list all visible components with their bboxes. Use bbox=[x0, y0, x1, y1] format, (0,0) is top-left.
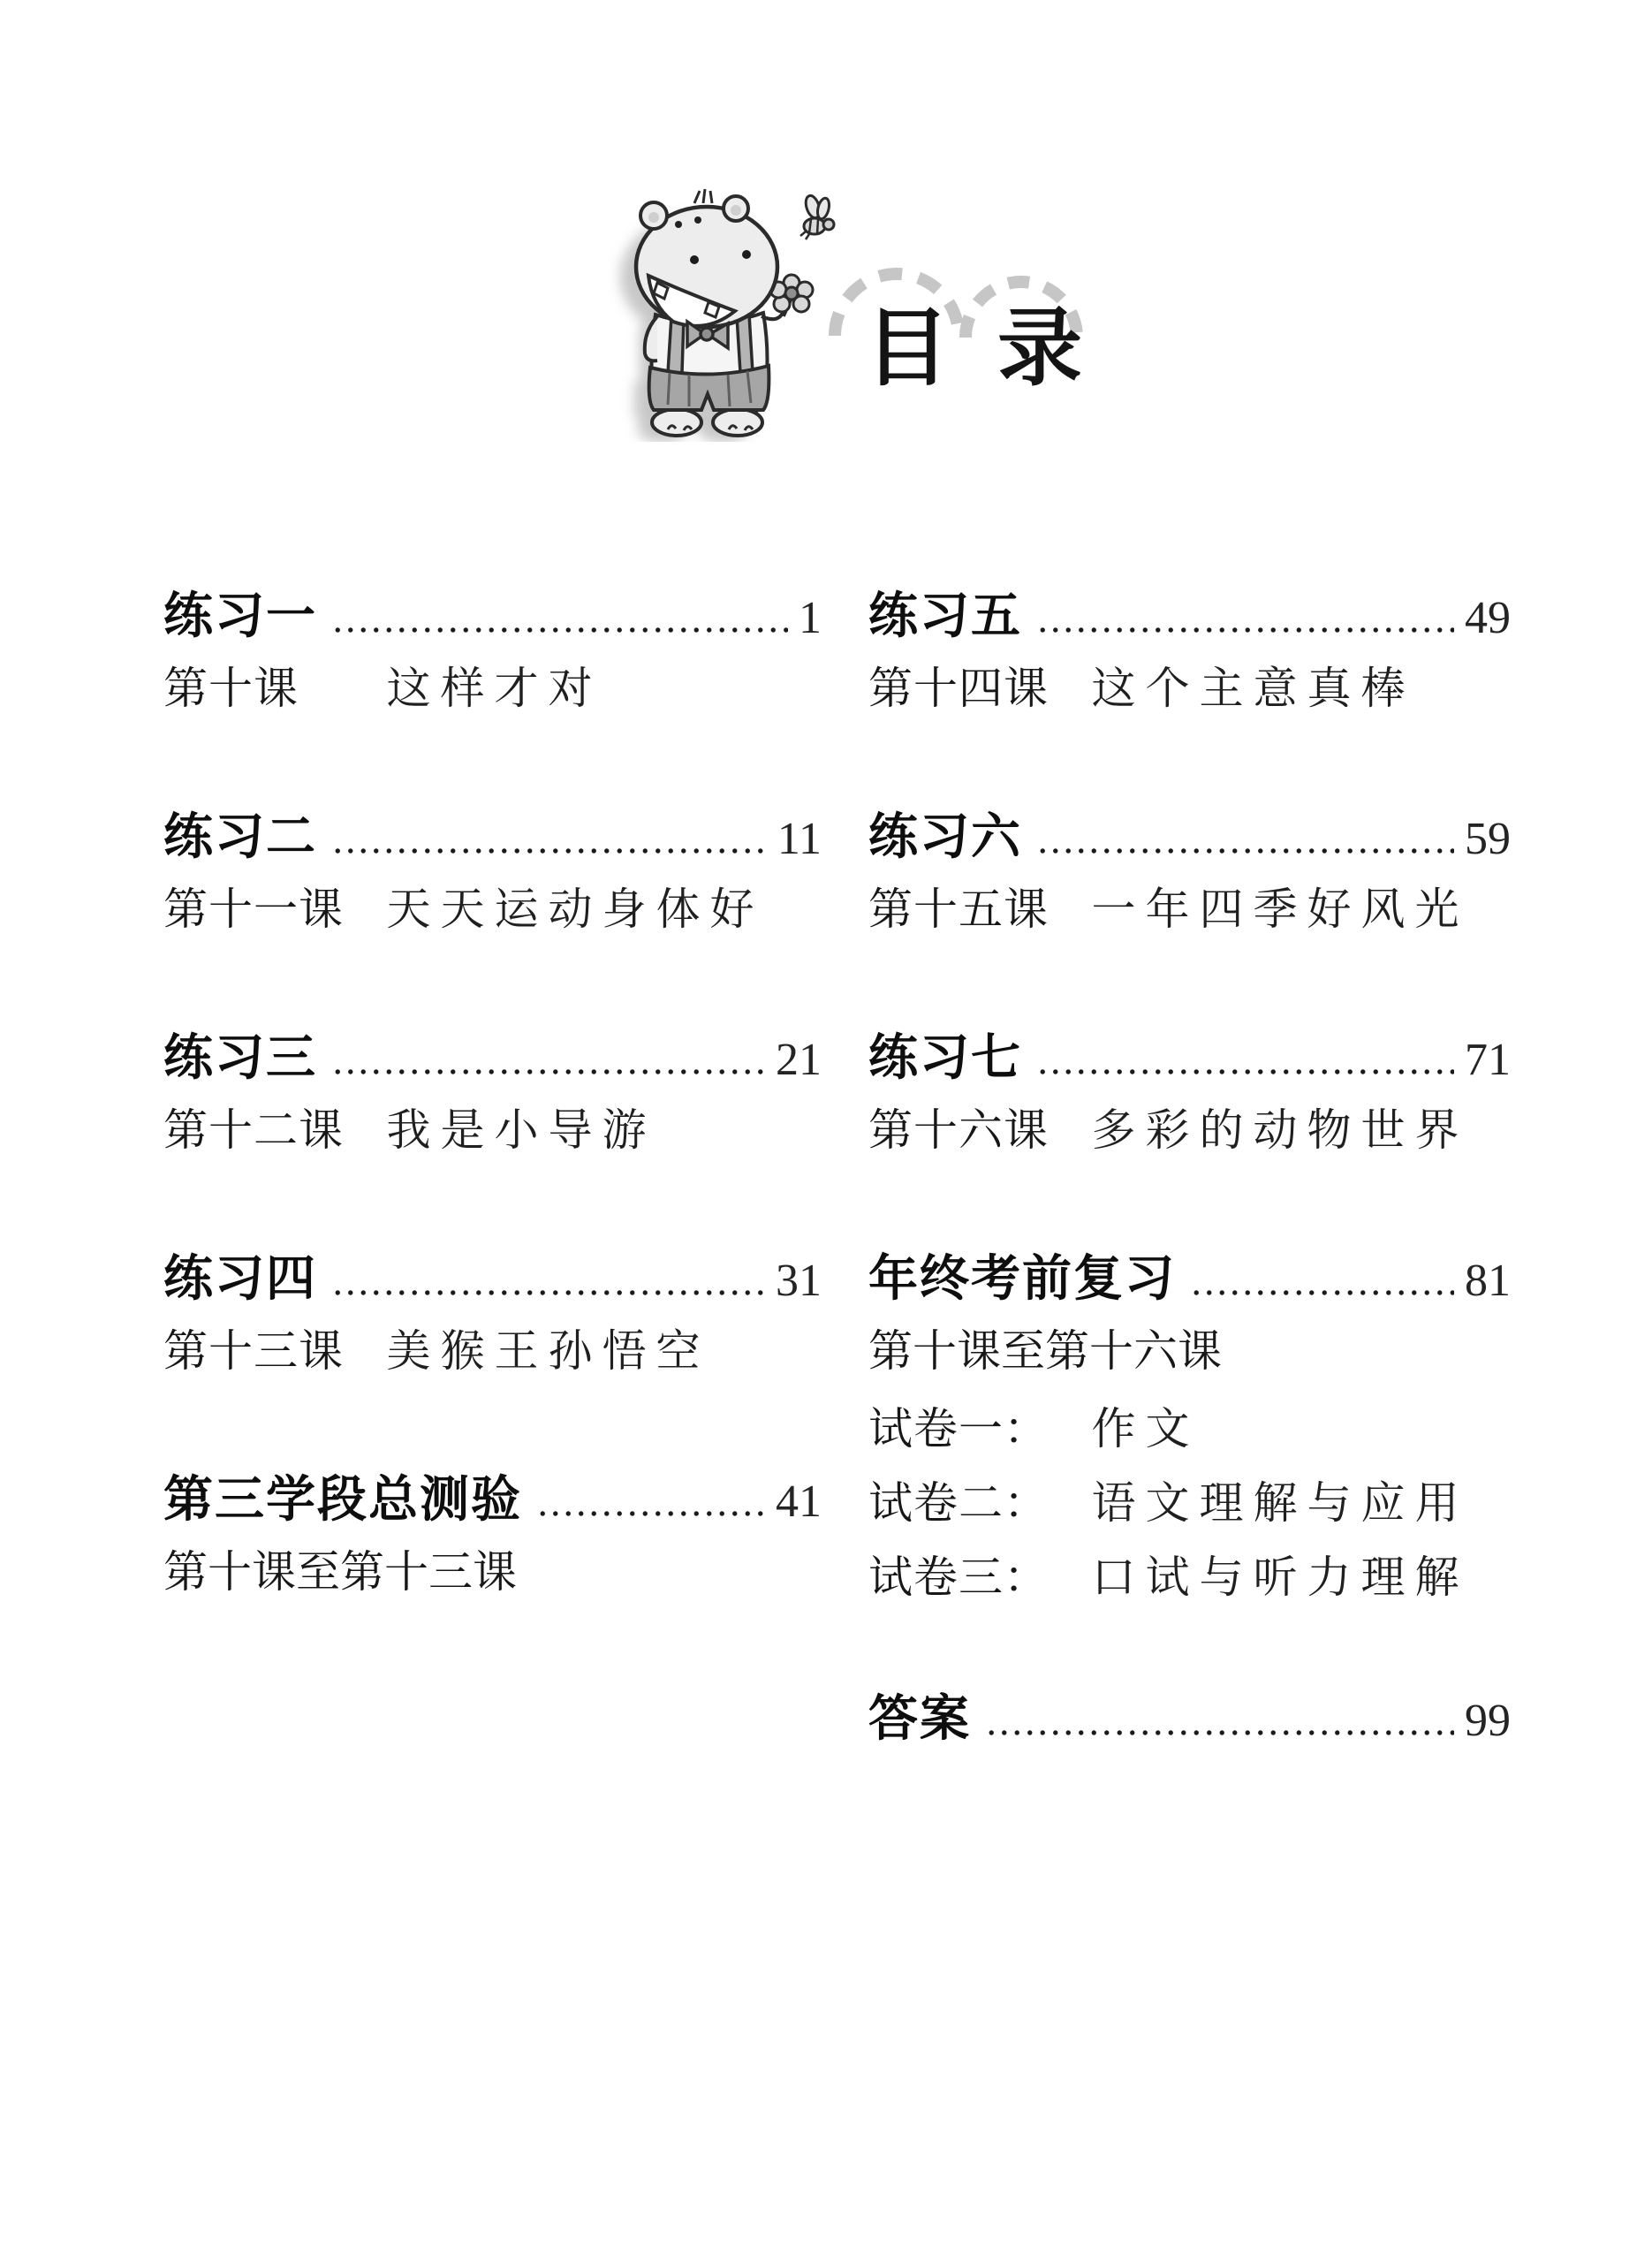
lesson-label: 第十四课 bbox=[868, 663, 1080, 714]
page-title: 目 录 bbox=[865, 306, 1082, 391]
lesson-label: 第十课 bbox=[163, 663, 375, 714]
lesson-label: 第十三课 bbox=[163, 1325, 375, 1377]
toc-entry: 练习七 71 第十六课 多彩的动物世界 bbox=[868, 1031, 1511, 1088]
dot-leader bbox=[331, 627, 788, 633]
toc-entry-lead-row: 练习一 1 bbox=[163, 589, 822, 646]
lesson-label: 第十五课 bbox=[868, 884, 1080, 935]
dot-leader bbox=[331, 848, 767, 854]
entry-page-number: 21 bbox=[776, 1033, 822, 1088]
toc-entry-lead-row: 答案 99 bbox=[868, 1692, 1511, 1749]
page-title-block: 目 录 bbox=[824, 262, 1116, 421]
entry-heading: 练习六 bbox=[868, 810, 1022, 865]
hippo-hair bbox=[694, 189, 712, 203]
entry-page-number: 11 bbox=[777, 812, 822, 867]
title-char-lu: 录 bbox=[997, 306, 1082, 391]
hippo-nostril-right bbox=[694, 216, 701, 224]
lesson-row: 第十五课 一年四季好风光 bbox=[868, 884, 1469, 935]
entry-heading: 练习五 bbox=[868, 589, 1022, 644]
lesson-range-row: 第十课至第十六课 bbox=[868, 1325, 1222, 1377]
entry-page-number: 99 bbox=[1465, 1694, 1511, 1749]
toc-entry-lead-row: 练习五 49 bbox=[868, 589, 1511, 646]
lesson-label: 第十二课 bbox=[163, 1104, 375, 1156]
paper-label: 试卷三： bbox=[868, 1552, 1080, 1603]
hippo-nostril-left bbox=[675, 221, 682, 228]
hippo-eye-right bbox=[742, 250, 751, 259]
paper-title: 语文理解与应用 bbox=[1092, 1478, 1469, 1528]
toc-entry-lead-row: 练习二 11 bbox=[163, 810, 822, 867]
lesson-title: 一年四季好风光 bbox=[1092, 884, 1469, 934]
toc-column-left: 练习一 1 第十课 这样才对 练习二 11 第十一课 天天运动身体好 练习三 bbox=[163, 589, 822, 1915]
dot-leader bbox=[1036, 1069, 1454, 1074]
lesson-row: 第十一课 天天运动身体好 bbox=[163, 884, 764, 935]
paper-row: 试卷三： 口试与听力理解 bbox=[868, 1552, 1469, 1603]
lesson-title: 这样才对 bbox=[387, 664, 602, 713]
lesson-row: 第十二课 我是小导游 bbox=[163, 1104, 656, 1156]
entry-page-number: 1 bbox=[799, 591, 822, 646]
toc-entry: 练习一 1 第十课 这样才对 bbox=[163, 589, 822, 646]
toc-entry-lead-row: 年终考前复习 81 bbox=[868, 1252, 1511, 1309]
toc-page: 目 录 练习一 1 第十课 这样才对 练习二 11 第十一课 bbox=[0, 0, 1652, 2262]
hippo-mascot-svg bbox=[602, 184, 843, 442]
entry-page-number: 59 bbox=[1465, 812, 1511, 867]
toc-entry: 练习三 21 第十二课 我是小导游 bbox=[163, 1031, 822, 1088]
entry-page-number: 71 bbox=[1465, 1033, 1511, 1088]
entry-page-number: 81 bbox=[1465, 1254, 1511, 1309]
toc-entry-lead-row: 练习六 59 bbox=[868, 810, 1511, 867]
dot-leader bbox=[536, 1511, 765, 1516]
entry-heading: 练习二 bbox=[163, 810, 317, 865]
paper-label: 试卷二： bbox=[868, 1477, 1080, 1529]
toc-entry: 练习五 49 第十四课 这个主意真棒 bbox=[868, 589, 1511, 646]
paper-row: 试卷一： 作文 bbox=[868, 1403, 1200, 1454]
lesson-row: 第十三课 美猴王孙悟空 bbox=[163, 1325, 710, 1377]
dot-leader bbox=[1036, 848, 1454, 854]
toc-entry-lead-row: 练习四 31 bbox=[163, 1252, 822, 1309]
toc-entry: 第三学段总测验 41 第十课至第十三课 bbox=[163, 1473, 822, 1530]
entry-heading: 练习三 bbox=[163, 1031, 317, 1086]
hippo-illustration bbox=[602, 184, 843, 442]
paper-row: 试卷二： 语文理解与应用 bbox=[868, 1477, 1469, 1529]
dot-leader bbox=[331, 1069, 765, 1074]
entry-heading: 练习七 bbox=[868, 1031, 1022, 1086]
entry-page-number: 41 bbox=[776, 1475, 822, 1530]
lesson-label: 第十一课 bbox=[163, 884, 375, 935]
hippo-eye-left bbox=[690, 255, 699, 264]
lesson-range: 第十课至第十三课 bbox=[163, 1547, 517, 1597]
entry-page-number: 31 bbox=[776, 1254, 822, 1309]
entry-heading: 第三学段总测验 bbox=[163, 1473, 522, 1528]
lesson-row: 第十六课 多彩的动物世界 bbox=[868, 1104, 1469, 1156]
toc-entry-answers: 答案 99 bbox=[868, 1692, 1511, 1749]
lesson-title: 多彩的动物世界 bbox=[1092, 1105, 1469, 1155]
lesson-row: 第十课至第十三课 bbox=[163, 1546, 517, 1598]
toc-entry: 练习二 11 第十一课 天天运动身体好 bbox=[163, 810, 822, 867]
lesson-title: 这个主意真棒 bbox=[1092, 664, 1415, 713]
paper-title: 口试与听力理解 bbox=[1092, 1552, 1469, 1602]
toc-entry-year-end-review: 年终考前复习 81 第十课至第十六课 试卷一： 作文 试卷二： 语文理解与应用 … bbox=[868, 1252, 1511, 1309]
entry-heading: 练习四 bbox=[163, 1252, 317, 1307]
entry-heading: 年终考前复习 bbox=[868, 1252, 1176, 1307]
entry-heading: 练习一 bbox=[163, 589, 317, 644]
lesson-title: 美猴王孙悟空 bbox=[387, 1326, 710, 1376]
dot-leader bbox=[1190, 1290, 1454, 1295]
toc-entry-lead-row: 第三学段总测验 41 bbox=[163, 1473, 822, 1530]
dot-leader bbox=[985, 1730, 1454, 1735]
lesson-row: 第十四课 这个主意真棒 bbox=[868, 663, 1415, 714]
entry-page-number: 49 bbox=[1465, 591, 1511, 646]
toc-entry-lead-row: 练习三 21 bbox=[163, 1031, 822, 1088]
toc-entry: 练习六 59 第十五课 一年四季好风光 bbox=[868, 810, 1511, 867]
dot-leader bbox=[1036, 627, 1454, 633]
toc-entry: 练习四 31 第十三课 美猴王孙悟空 bbox=[163, 1252, 822, 1309]
entry-heading: 答案 bbox=[868, 1692, 971, 1747]
lesson-range: 第十课至第十六课 bbox=[868, 1326, 1222, 1376]
lesson-title: 天天运动身体好 bbox=[387, 884, 764, 934]
paper-label: 试卷一： bbox=[868, 1403, 1080, 1454]
lesson-row: 第十课 这样才对 bbox=[163, 663, 602, 714]
paper-title: 作文 bbox=[1092, 1404, 1200, 1454]
title-char-mu: 目 bbox=[865, 306, 950, 391]
toc-entry-lead-row: 练习七 71 bbox=[868, 1031, 1511, 1088]
toc-column-right: 练习五 49 第十四课 这个主意真棒 练习六 59 第十五课 一年四季好风光 练 bbox=[868, 589, 1511, 2091]
dot-leader bbox=[331, 1290, 765, 1295]
lesson-title: 我是小导游 bbox=[387, 1105, 656, 1155]
lesson-label: 第十六课 bbox=[868, 1104, 1080, 1156]
bee-icon bbox=[800, 194, 834, 239]
